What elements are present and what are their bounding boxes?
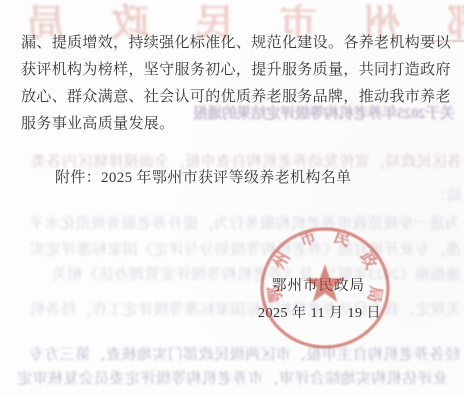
bleedthrough-text-line: 准，专业开展对照《养老机构等级划分与评定》国家标准评定实 bbox=[15, 238, 461, 259]
scanned-document-page: 鄂州市民政局 关于2025年养老机构等级评定结果的通报 各区民政局，宣传发动养老… bbox=[0, 0, 464, 396]
bleedthrough-text-line: 局： bbox=[420, 184, 462, 205]
document-date: 2025 年 11 月 19 日 bbox=[258, 302, 381, 322]
body-text-line: 放心、群众满意、社会认可的优质养老服务品牌，推动我市养老 bbox=[21, 84, 451, 111]
bleedthrough-text-line: 经各养老机构自主申报、市区两级民政部门实地核查、第三方专 bbox=[16, 343, 460, 364]
body-text-line: 服务事业高质量发展。 bbox=[21, 111, 451, 138]
bleedthrough-text-line: 业评估机构实地综合评审，市养老机构等级评定委员会复核审定 bbox=[28, 367, 448, 388]
document-body-paragraph: 漏、提质增效，持续强化标准化、规范化建设。各养老机构要以 获评机构为榜样，坚守服… bbox=[21, 30, 451, 138]
bleedthrough-text-line: 为进一步规范我市养老机构服务行为，提升养老服务规范化水平 bbox=[16, 212, 460, 233]
bleedthrough-text-line: 关规定，我市启动养老机构对标国家标准等级评定工作，经各机 bbox=[15, 298, 461, 319]
bleedthrough-text-line: 施指南（2023年版）》及《养老机构等级评定管理办法》相关 bbox=[15, 263, 461, 284]
body-text-line: 获评机构为榜样，坚守服务初心，提升服务质量，共同打造政府 bbox=[21, 57, 451, 84]
issuing-agency-signature: 鄂州市民政局 bbox=[272, 274, 365, 295]
body-text-line: 漏、提质增效，持续强化标准化、规范化建设。各养老机构要以 bbox=[21, 30, 451, 57]
attachment-reference-line: 附件：2025 年鄂州市获评等级养老机构名单 bbox=[55, 166, 351, 187]
